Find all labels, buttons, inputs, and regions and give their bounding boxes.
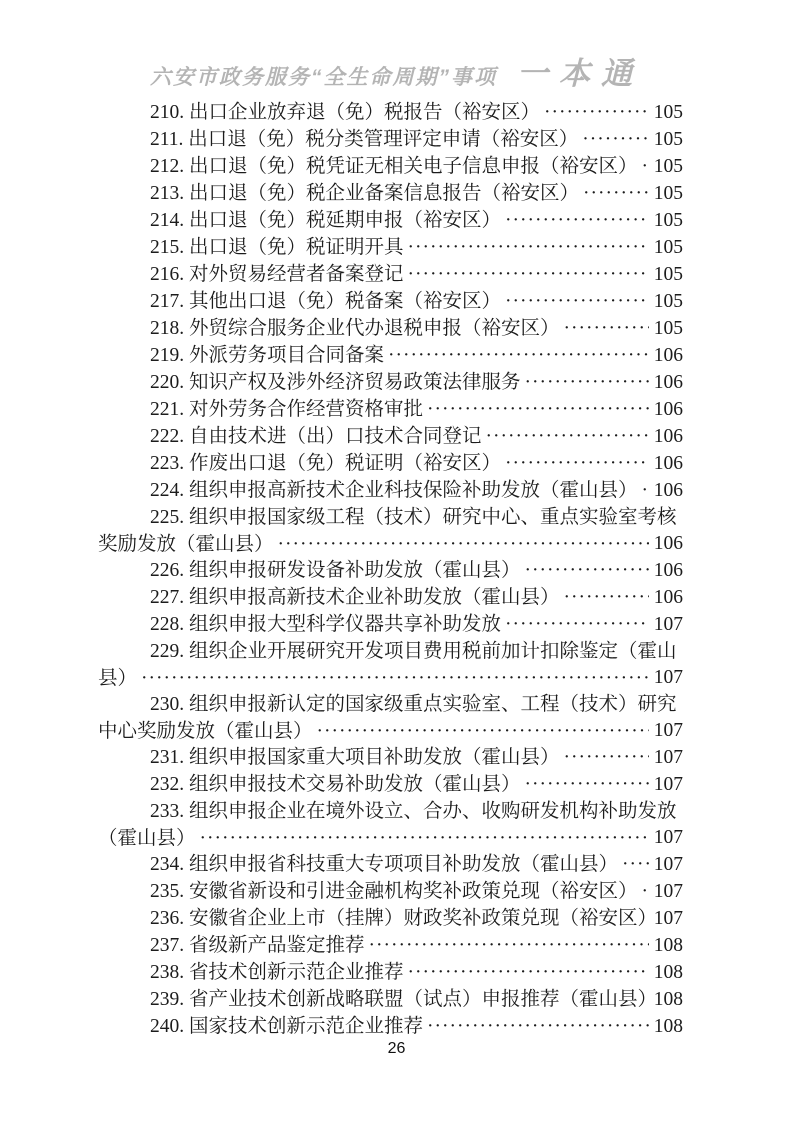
toc-entry-page: 106 [649,558,683,585]
toc-entry: 230. 组织申报新认定的国家级重点实验室、工程（技术）研究中心奖励发放（霍山县… [98,692,683,745]
toc-entry-page: 106 [649,585,683,612]
toc-entry: 216. 对外贸易经营者备案登记························… [98,262,683,289]
toc-entry-title: 219. 外派劳务项目合同备案 [150,345,384,366]
toc-list: 210. 出口企业放弃退（免）税报告（裕安区）·················… [98,100,683,1041]
toc-entry: 229. 组织企业开展研究开发项目费用税前加计扣除鉴定（霍山县）········… [98,639,683,692]
toc-entry: 210. 出口企业放弃退（免）税报告（裕安区）·················… [98,100,683,127]
toc-entry-title: 212. 出口退（免）税凭证无相关电子信息申报（裕安区） [150,156,638,177]
toc-entry-page: 105 [649,208,683,235]
toc-entry-title: 228. 组织申报大型科学仪器共享补助发放 [150,614,501,635]
toc-entry: 237. 省级新产品鉴定推荐··························… [98,933,683,960]
toc-entry: 227. 组织申报高新技术企业补助发放（霍山县）················… [98,585,683,612]
toc-entry-title: 210. 出口企业放弃退（免）税报告（裕安区） [150,102,540,123]
toc-entry: 213. 出口退（免）税企业备案信息报告（裕安区）···············… [98,181,683,208]
document-header: 六安市政务服务“全生命周期”事项 一本通 [0,48,793,93]
toc-entry: 234. 组织申报省科技重大专项项目补助发放（霍山县）·············… [98,852,683,879]
toc-entry-title: 232. 组织申报技术交易补助发放（霍山县） [150,774,521,795]
toc-entry-page: 105 [649,316,683,343]
toc-entry-title: 213. 出口退（免）税企业备案信息报告（裕安区） [150,183,579,204]
toc-entry-page: 105 [649,127,683,154]
toc-entry: 238. 省技术创新示范企业推荐························… [98,960,683,987]
toc-entry-page: 107 [649,665,683,692]
toc-entry-title: 214. 出口退（免）税延期申报（裕安区） [150,210,501,231]
toc-entry-page: 105 [649,100,683,127]
toc-entry-title: 239. 省产业技术创新战略联盟（试点）申报推荐（霍山县） [150,989,657,1010]
toc-entry-title: 234. 组织申报省科技重大专项项目补助发放（霍山县） [150,854,618,875]
toc-entry-page: 105 [649,235,683,262]
toc-entry-page: 106 [649,531,683,558]
toc-entry-title: 236. 安徽省企业上市（挂牌）财政奖补政策兑现（裕安区） [150,908,657,929]
header-series-title: 六安市政务服务“全生命周期”事项 [150,61,497,91]
toc-entry: 239. 省产业技术创新战略联盟（试点）申报推荐（霍山县）···········… [98,987,683,1014]
toc-entry-page: 108 [649,1014,683,1041]
toc-entry-page: 107 [649,745,683,772]
toc-entry-page: 107 [649,612,683,639]
toc-entry-title: 231. 组织申报国家重大项目补助发放（霍山县） [150,747,560,768]
toc-entry: 224. 组织申报高新技术企业科技保险补助发放（霍山县）············… [98,478,683,505]
toc-entry-page: 106 [649,370,683,397]
toc-entry-page: 107 [649,718,683,745]
toc-entry-page: 105 [649,154,683,181]
toc-entry-title: 223. 作废出口退（免）税证明（裕安区） [150,453,501,474]
toc-entry-page: 106 [649,478,683,505]
toc-entry-page: 108 [649,960,683,987]
toc-entry-page: 106 [649,424,683,451]
toc-entry: 215. 出口退（免）税证明开具························… [98,235,683,262]
toc-entry-page: 107 [649,852,683,879]
document-page: 六安市政务服务“全生命周期”事项 一本通 210. 出口企业放弃退（免）税报告（… [0,0,793,1122]
toc-entry: 236. 安徽省企业上市（挂牌）财政奖补政策兑现（裕安区）···········… [98,906,683,933]
toc-entry-title: 237. 省级新产品鉴定推荐 [150,935,365,956]
toc-entry: 225. 组织申报国家级工程（技术）研究中心、重点实验室考核奖励发放（霍山县）·… [98,505,683,558]
toc-entry-title: 215. 出口退（免）税证明开具 [150,237,404,258]
toc-entry-page: 107 [649,825,683,852]
toc-entry-page: 107 [649,906,683,933]
toc-entry-page: 105 [649,262,683,289]
toc-entry: 221. 对外劳务合作经营资格审批·······················… [98,397,683,424]
toc-entry: 240. 国家技术创新示范企业推荐·······················… [98,1014,683,1041]
toc-entry-title: 227. 组织申报高新技术企业补助发放（霍山县） [150,587,560,608]
toc-entry-page: 106 [649,343,683,370]
toc-entry: 211. 出口退（免）税分类管理评定申请（裕安区）···············… [98,127,683,154]
toc-entry-page: 108 [649,933,683,960]
toc-entry: 212. 出口退（免）税凭证无相关电子信息申报（裕安区）············… [98,154,683,181]
toc-entry-title: 226. 组织申报研发设备补助发放（霍山县） [150,560,521,581]
toc-entry: 218. 外贸综合服务企业代办退税申报（裕安区）················… [98,316,683,343]
toc-entry: 233. 组织申报企业在境外设立、合办、收购研发机构补助发放（霍山县）·····… [98,799,683,852]
toc-entry: 214. 出口退（免）税延期申报（裕安区）···················… [98,208,683,235]
toc-entry-title: 217. 其他出口退（免）税备案（裕安区） [150,291,501,312]
toc-entry-title: 220. 知识产权及涉外经济贸易政策法律服务 [150,372,521,393]
toc-entry-page: 108 [649,987,683,1014]
footer-page-number: 26 [0,1040,793,1058]
toc-entry-title: 222. 自由技术进（出）口技术合同登记 [150,426,482,447]
toc-entry-title: 235. 安徽省新设和引进金融机构奖补政策兑现（裕安区） [150,881,638,902]
toc-entry: 235. 安徽省新设和引进金融机构奖补政策兑现（裕安区）············… [98,879,683,906]
toc-entry-title: 211. 出口退（免）税分类管理评定申请（裕安区） [150,129,578,150]
dot-leader: ········································… [98,668,683,692]
toc-entry: 220. 知识产权及涉外经济贸易政策法律服务··················… [98,370,683,397]
toc-entry: 232. 组织申报技术交易补助发放（霍山县）··················… [98,772,683,799]
toc-entry-page: 107 [649,879,683,906]
toc-entry-title: 221. 对外劳务合作经营资格审批 [150,399,423,420]
toc-entry-title: 238. 省技术创新示范企业推荐 [150,962,404,983]
toc-entry-page: 106 [649,451,683,478]
toc-entry: 217. 其他出口退（免）税备案（裕安区）···················… [98,289,683,316]
toc-entry-page: 105 [649,181,683,208]
toc-entry-title: 224. 组织申报高新技术企业科技保险补助发放（霍山县） [150,480,638,501]
toc-entry-page: 105 [649,289,683,316]
toc-entry: 223. 作废出口退（免）税证明（裕安区）···················… [98,451,683,478]
toc-entry: 228. 组织申报大型科学仪器共享补助发放···················… [98,612,683,639]
header-book-title: 一本通 [517,48,643,93]
toc-entry-page: 107 [649,772,683,799]
toc-entry: 226. 组织申报研发设备补助发放（霍山县）··················… [98,558,683,585]
toc-entry-title: 216. 对外贸易经营者备案登记 [150,264,404,285]
toc-entry-title: 240. 国家技术创新示范企业推荐 [150,1016,423,1037]
toc-entry: 231. 组织申报国家重大项目补助发放（霍山县）················… [98,745,683,772]
toc-entry: 222. 自由技术进（出）口技术合同登记····················… [98,424,683,451]
toc-entry: 219. 外派劳务项目合同备案·························… [98,343,683,370]
toc-entry-title: 218. 外贸综合服务企业代办退税申报（裕安区） [150,318,560,339]
toc-entry-page: 106 [649,397,683,424]
